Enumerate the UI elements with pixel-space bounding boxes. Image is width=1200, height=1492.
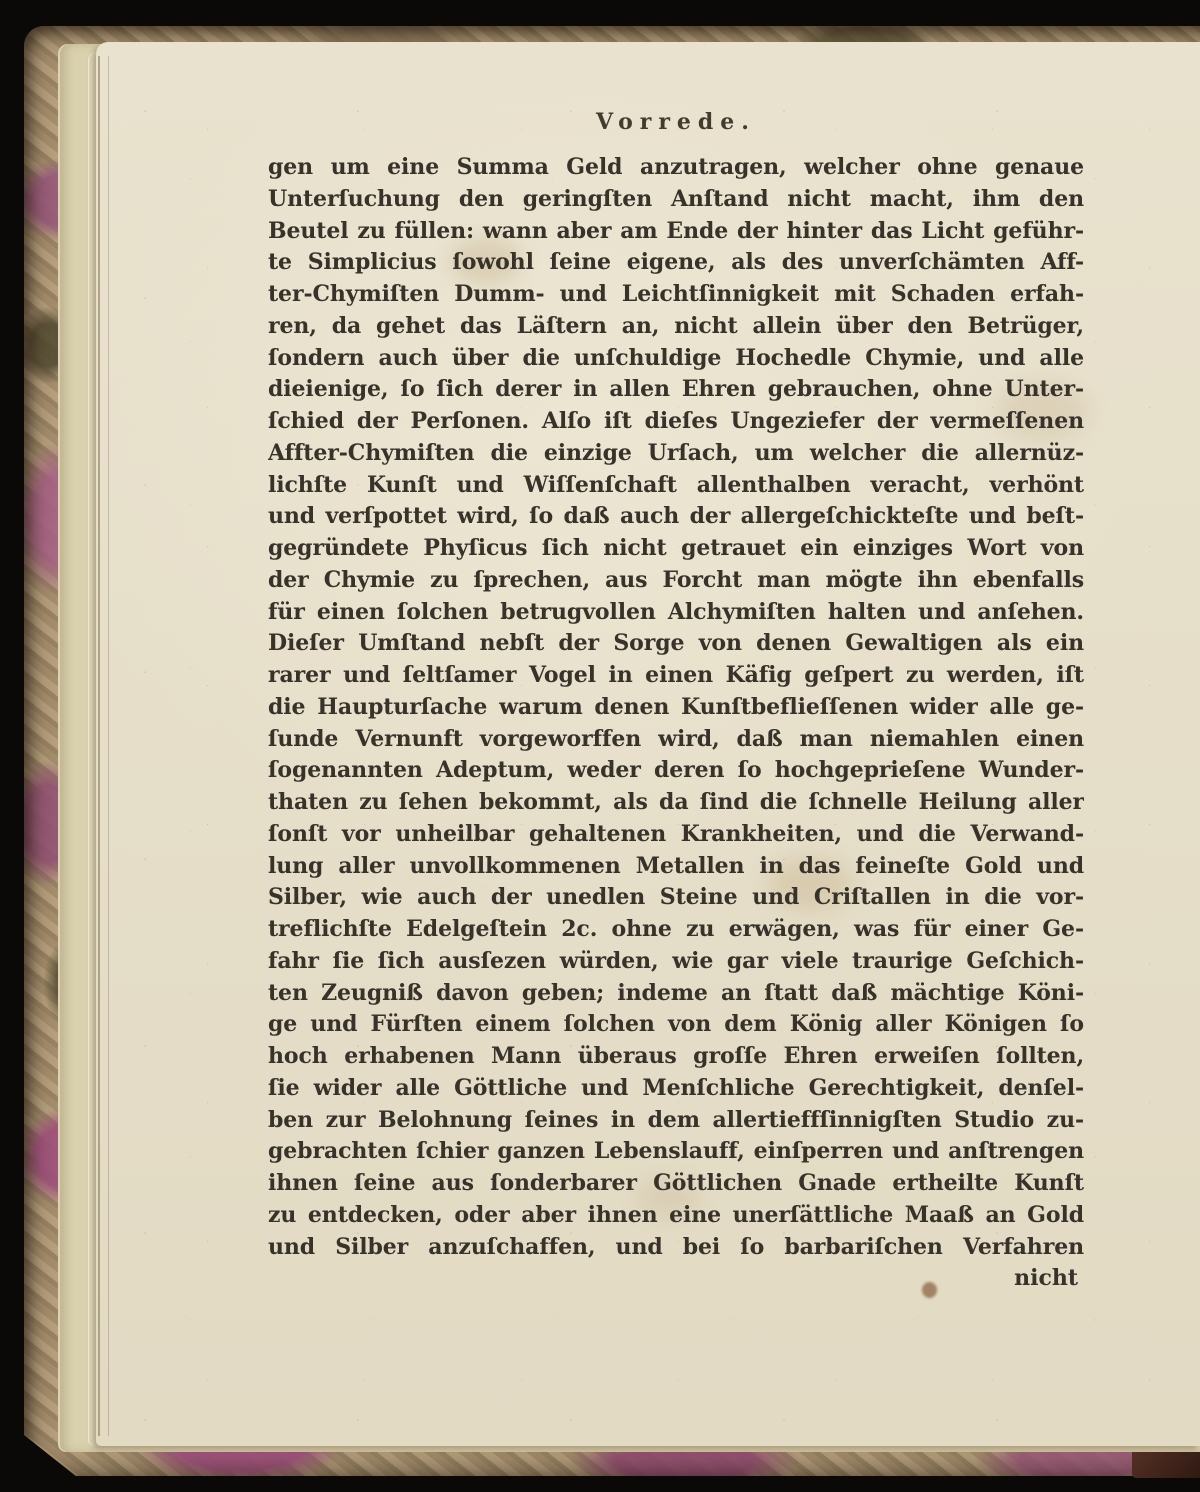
text-line: ſondern auch über die unſchuldige Hoched… [268,343,1084,375]
text-line: zu entdecken, oder aber ihnen eine unerſ… [268,1200,1084,1232]
text-line: der Chymie zu ſprechen, aus Forcht man m… [268,565,1084,597]
page-heading: Vorrede. [268,104,1084,140]
text-line: Affter-Chymiſten die einzige Urſach, um … [268,438,1084,470]
book-page: Vorrede. gen um eine Summa Geld anzutrag… [96,42,1200,1446]
body-text: gen um eine Summa Geld anzutragen, welch… [268,152,1084,1263]
page-fold-crease [98,56,109,1436]
text-line: ben zur Belohnung ſeines in dem allertie… [268,1105,1084,1137]
text-line: ſchied der Perſonen. Alſo iſt dieſes Ung… [268,406,1084,438]
text-line: Unterſuchung den geringſten Anſtand nich… [268,184,1084,216]
text-line: fahr ſie ſich ausſezen würden, wie gar v… [268,946,1084,978]
text-line: rarer und ſeltſamer Vogel in einen Käfig… [268,660,1084,692]
text-line: ſonſt vor unheilbar gehaltenen Krankheit… [268,819,1084,851]
catchword: nicht [268,1263,1084,1295]
text-line: ſogenannten Adeptum, weder deren ſo hoch… [268,755,1084,787]
text-line: ſunde Vernunft vorgeworffen wird, daß ma… [268,724,1084,756]
text-line: gebrachten ſchier ganzen Lebenslauff, ei… [268,1136,1084,1168]
text-line: dieienige, ſo ſich derer in allen Ehren … [268,374,1084,406]
text-line: Silber, wie auch der unedlen Steine und … [268,882,1084,914]
text-line: ren, da gehet das Läſtern an, nicht alle… [268,311,1084,343]
text-line: ge und Fürſten einem ſolchen von dem Kön… [268,1009,1084,1041]
text-line: hoch erhabenen Mann überaus groſſe Ehren… [268,1041,1084,1073]
text-line: ten Zeugniß davon geben; indeme an ſtatt… [268,978,1084,1010]
text-line: lichſte Kunſt und Wiſſenſchaft allenthal… [268,470,1084,502]
text-line: und Silber anzuſchaffen, und bei ſo barb… [268,1232,1084,1264]
text-line: Beutel zu füllen: wann aber am Ende der … [268,216,1084,248]
text-line: te Simplicius ſowohl ſeine eigene, als d… [268,247,1084,279]
text-line: für einen ſolchen betrugvollen Alchymiſt… [268,597,1084,629]
text-line: gegründete Phyſicus ſich nicht getrauet … [268,533,1084,565]
text-line: ter-Chymiſten Dumm- und Leichtſinnigkeit… [268,279,1084,311]
text-line: Dieſer Umſtand nebſt der Sorge von denen… [268,628,1084,660]
photo-backdrop: Vorrede. gen um eine Summa Geld anzutrag… [0,0,1200,1492]
text-line: und verſpottet wird, ſo daß auch der all… [268,501,1084,533]
text-line: thaten zu ſehen bekommt, als da ſind die… [268,787,1084,819]
text-line: ihnen ſeine aus ſonderbarer Göttlichen G… [268,1168,1084,1200]
text-line: lung aller unvollkommenen Metallen in da… [268,851,1084,883]
text-line: treflichſte Edelgeſtein 2c. ohne zu erwä… [268,914,1084,946]
text-line: ſie wider alle Göttliche und Menſchliche… [268,1073,1084,1105]
text-line: die Haupturſache warum denen Kunſtbeflie… [268,692,1084,724]
text-column: Vorrede. gen um eine Summa Geld anzutrag… [268,104,1084,1295]
text-line: gen um eine Summa Geld anzutragen, welch… [268,152,1084,184]
